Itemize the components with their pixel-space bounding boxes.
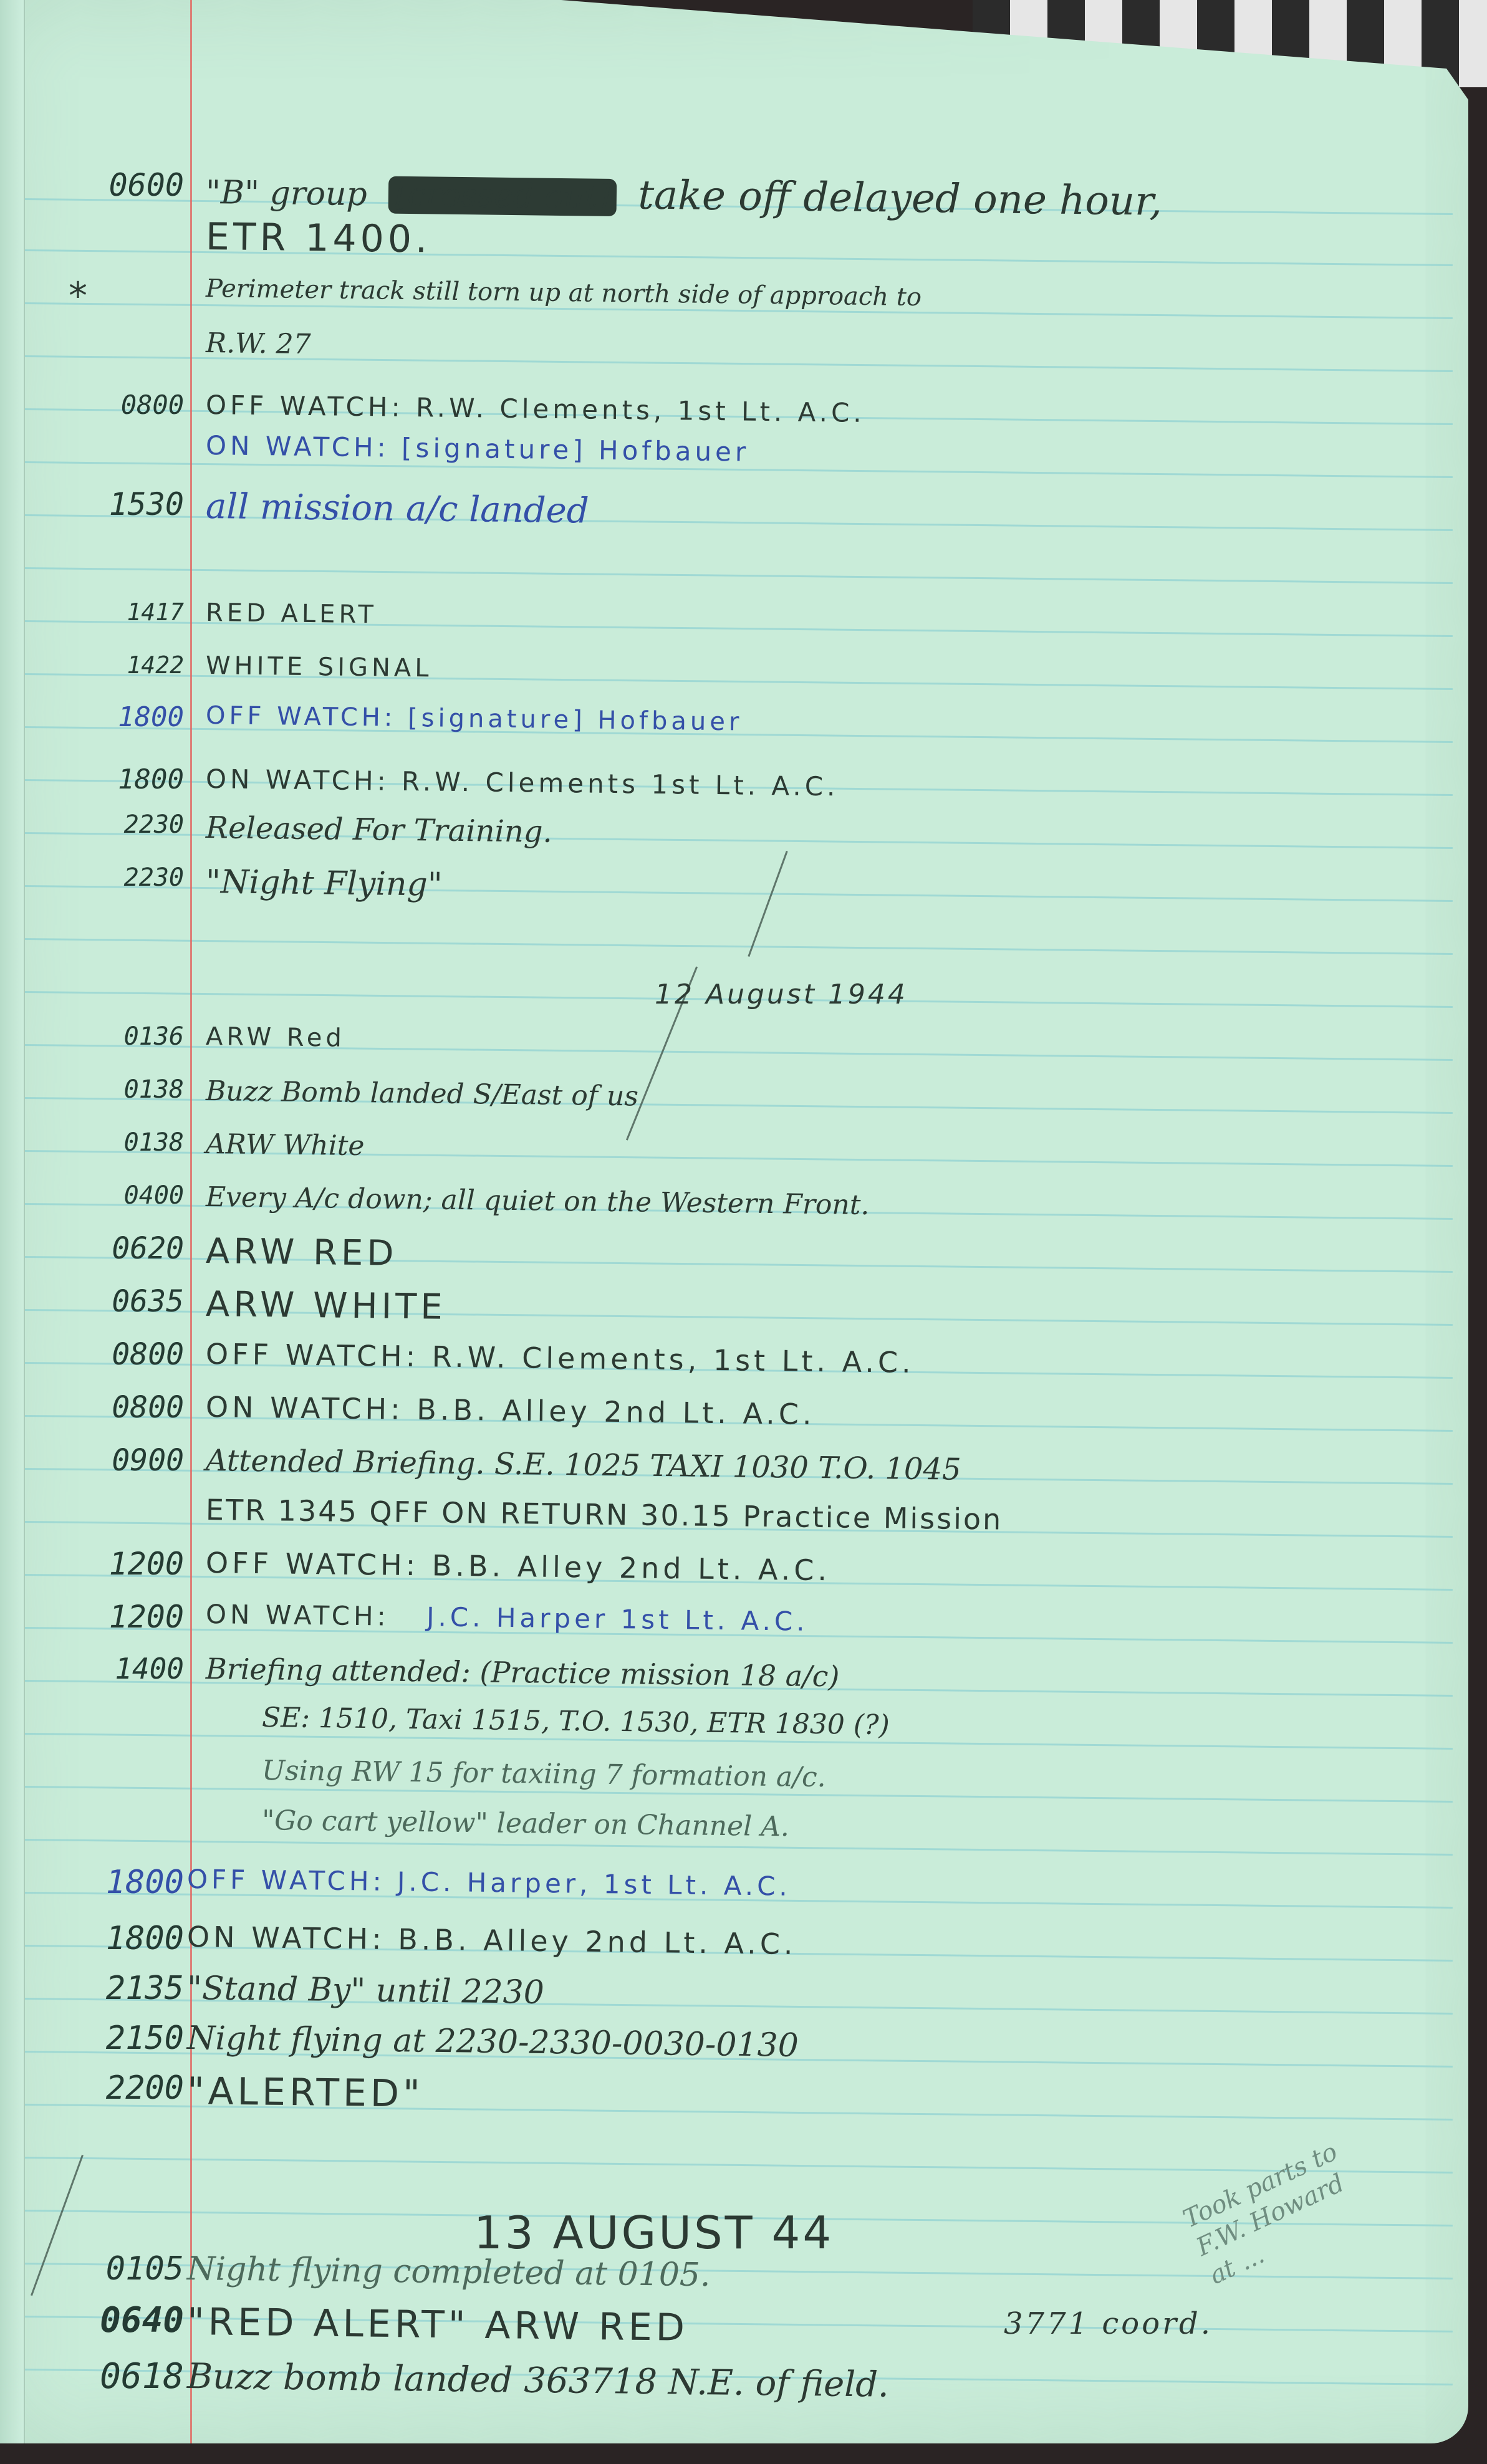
entry-time: 1417 bbox=[59, 598, 184, 626]
log-entry: 1200 ON WATCH: J.C. Harper 1st Lt. A.C. bbox=[0, 1599, 1453, 1651]
entry-text: Buzz Bomb landed S/East of us bbox=[206, 1075, 639, 1112]
entry-time: 1800 bbox=[59, 1864, 184, 1901]
entry-text: all mission a/c landed bbox=[206, 486, 589, 532]
entry-time: 0105 bbox=[59, 2250, 184, 2288]
entry-text: ARW Red bbox=[206, 1022, 345, 1053]
entry-time: 1800 bbox=[59, 764, 184, 795]
log-entry: 0618 Buzz bomb landed 363718 N.E. of fie… bbox=[0, 2356, 1453, 2409]
log-entry: 1400 Briefing attended: (Practice missio… bbox=[0, 1652, 1453, 1704]
entry-time: 2230 bbox=[59, 863, 184, 892]
log-entry: 0400 Every A/c down; all quiet on the We… bbox=[0, 1181, 1453, 1234]
entry-text: Briefing attended: (Practice mission 18 … bbox=[206, 1652, 840, 1693]
log-entry: 1800 OFF WATCH: J.C. Harper, 1st Lt. A.C… bbox=[0, 1864, 1453, 1916]
log-entry: ON WATCH: [signature] Hofbauer bbox=[0, 430, 1453, 482]
log-entry: 2230 Released For Training. bbox=[0, 810, 1453, 863]
log-entry: Using RW 15 for taxiing 7 formation a/c. bbox=[0, 1755, 1453, 1807]
entry-text: R.W. 27 bbox=[206, 327, 311, 360]
date-heading: 12 August 1944 bbox=[655, 979, 908, 1010]
entry-text: ON WATCH: J.C. Harper 1st Lt. A.C. bbox=[206, 1599, 809, 1637]
entry-text: ARW RED bbox=[206, 1231, 398, 1274]
entry-time: 0136 bbox=[59, 1022, 184, 1051]
entry-time: 1530 bbox=[59, 486, 184, 522]
log-entry: 2230 "Night Flying" bbox=[0, 863, 1453, 916]
log-entry: 0138 Buzz Bomb landed S/East of us bbox=[0, 1075, 1453, 1128]
entry-time: 0400 bbox=[59, 1181, 184, 1210]
entry-time: 1200 bbox=[59, 1546, 184, 1582]
entry-text: OFF WATCH: J.C. Harper, 1st Lt. A.C. bbox=[187, 1864, 791, 1902]
log-entry: 0635 ARW WHITE bbox=[0, 1284, 1453, 1336]
log-entry: 2135 "Stand By" until 2230 bbox=[0, 1970, 1453, 2022]
log-entry: 0800 ON WATCH: B.B. Alley 2nd Lt. A.C. bbox=[0, 1390, 1453, 1442]
log-entry: 0136 ARW Red bbox=[0, 1022, 1453, 1075]
entry-time: 0635 bbox=[59, 1284, 184, 1319]
log-entry: 2150 Night flying at 2230-2330-0030-0130 bbox=[0, 2020, 1453, 2072]
log-entry: 0900 Attended Briefing. S.E. 1025 TAXI 1… bbox=[0, 1443, 1453, 1495]
entry-time: 0800 bbox=[59, 390, 184, 420]
entry-time: 1800 bbox=[59, 701, 184, 733]
entry-time: 2150 bbox=[59, 2020, 184, 2057]
log-entry: 1800 OFF WATCH: [signature] Hofbauer bbox=[0, 701, 1453, 754]
log-entry: 1417 RED ALERT bbox=[0, 598, 1453, 651]
entry-time: 2200 bbox=[59, 2069, 184, 2107]
log-entry: 1530 all mission a/c landed bbox=[0, 486, 1453, 539]
entry-text: "Night Flying" bbox=[206, 863, 443, 904]
entry-time: 0600 bbox=[59, 167, 184, 203]
entry-time: 0800 bbox=[59, 1390, 184, 1425]
entry-text: ON WATCH: R.W. Clements 1st Lt. A.C. bbox=[206, 764, 839, 802]
entry-time: 2135 bbox=[59, 1970, 184, 2007]
log-entry: 0600 "B" group [crossed out] take off de… bbox=[0, 167, 1453, 219]
entry-text: OFF WATCH: R.W. Clements, 1st Lt. A.C. bbox=[206, 390, 865, 428]
entry-time: 1400 bbox=[59, 1652, 184, 1685]
log-entry: "Go cart yellow" leader on Channel A. bbox=[0, 1805, 1453, 1857]
entry-time: 2230 bbox=[59, 810, 184, 839]
entry-time: 1200 bbox=[59, 1599, 184, 1635]
asterisk-marker: * bbox=[69, 274, 87, 318]
log-entry: 0800 OFF WATCH: R.W. Clements, 1st Lt. A… bbox=[0, 1337, 1453, 1389]
log-entry: ETR 1400. bbox=[0, 215, 1453, 267]
entry-text: Using RW 15 for taxiing 7 formation a/c. bbox=[262, 1755, 826, 1793]
entry-text: RED ALERT bbox=[206, 598, 377, 629]
entry-text: OFF WATCH: [signature] Hofbauer bbox=[206, 701, 743, 737]
entry-time: 1422 bbox=[59, 651, 184, 679]
ruled-line bbox=[25, 567, 1453, 584]
entry-text: "Go cart yellow" leader on Channel A. bbox=[262, 1805, 790, 1843]
entry-text: Buzz bomb landed 363718 N.E. of field. bbox=[187, 2356, 890, 2405]
entry-time: 0640 bbox=[59, 2300, 184, 2341]
entry-text: Released For Training. bbox=[206, 810, 552, 850]
ruled-line bbox=[25, 938, 1453, 955]
entry-time: 0138 bbox=[59, 1075, 184, 1104]
entry-text: "RED ALERT" ARW RED bbox=[187, 2300, 689, 2350]
log-entry: 1800 ON WATCH: B.B. Alley 2nd Lt. A.C. bbox=[0, 1920, 1453, 1972]
entry-text: ON WATCH: B.B. Alley 2nd Lt. A.C. bbox=[187, 1920, 797, 1961]
entry-text: "Stand By" until 2230 bbox=[187, 1970, 544, 2011]
log-entry: 2200 "ALERTED" bbox=[0, 2069, 1453, 2122]
entry-text: OFF WATCH: R.W. Clements, 1st Lt. A.C. bbox=[206, 1337, 915, 1379]
entry-text: Attended Briefing. S.E. 1025 TAXI 1030 T… bbox=[206, 1443, 961, 1487]
entry-time: 0138 bbox=[59, 1128, 184, 1157]
log-entry: 0640 "RED ALERT" ARW RED bbox=[0, 2300, 1453, 2352]
entry-text: "ALERTED" bbox=[187, 2069, 424, 2116]
log-entry: ETR 1345 QFF ON RETURN 30.15 Practice Mi… bbox=[0, 1493, 1453, 1545]
coordinate-note: 3771 coord. bbox=[1004, 2306, 1213, 2341]
log-entry: 0620 ARW RED bbox=[0, 1231, 1453, 1283]
entry-text: Night flying completed at 0105. bbox=[187, 2250, 711, 2294]
entry-text: SE: 1510, Taxi 1515, T.O. 1530, ETR 1830… bbox=[262, 1702, 890, 1741]
log-entry: 1800 ON WATCH: R.W. Clements 1st Lt. A.C… bbox=[0, 764, 1453, 816]
entry-text: Night flying at 2230-2330-0030-0130 bbox=[187, 2020, 799, 2064]
entry-time: 0900 bbox=[59, 1443, 184, 1478]
log-entry: SE: 1510, Taxi 1515, T.O. 1530, ETR 1830… bbox=[0, 1702, 1453, 1754]
entry-text: ETR 1400. bbox=[206, 215, 431, 261]
log-entry: 0138 ARW White bbox=[0, 1128, 1453, 1181]
entry-text: ARW White bbox=[206, 1128, 365, 1162]
entry-text: ETR 1345 QFF ON RETURN 30.15 Practice Mi… bbox=[206, 1493, 1003, 1536]
entry-text: ARW WHITE bbox=[206, 1284, 446, 1328]
entry-text: WHITE SIGNAL bbox=[206, 651, 433, 683]
logbook-page: 0600 "B" group [crossed out] take off de… bbox=[0, 0, 1468, 2443]
ruled-line bbox=[25, 2157, 1453, 2174]
entry-text: Every A/c down; all quiet on the Western… bbox=[206, 1181, 870, 1221]
log-entry: 1422 WHITE SIGNAL bbox=[0, 651, 1453, 704]
entry-text: OFF WATCH: B.B. Alley 2nd Lt. A.C. bbox=[206, 1546, 831, 1587]
entry-time: 1800 bbox=[59, 1920, 184, 1957]
log-entry: R.W. 27 bbox=[0, 327, 1453, 380]
scratched-out-text: [crossed out] bbox=[388, 176, 617, 216]
log-entry: 1200 OFF WATCH: B.B. Alley 2nd Lt. A.C. bbox=[0, 1546, 1453, 1598]
entry-time: 0618 bbox=[59, 2356, 184, 2397]
entry-text: ON WATCH: B.B. Alley 2nd Lt. A.C. bbox=[206, 1390, 816, 1431]
entry-time: 0800 bbox=[59, 1337, 184, 1372]
entry-time: 0620 bbox=[59, 1231, 184, 1266]
entry-text: Perimeter track still torn up at north s… bbox=[206, 274, 922, 312]
log-entry: * Perimeter track still torn up at north… bbox=[0, 274, 1453, 327]
entry-text: ON WATCH: [signature] Hofbauer bbox=[206, 430, 750, 467]
